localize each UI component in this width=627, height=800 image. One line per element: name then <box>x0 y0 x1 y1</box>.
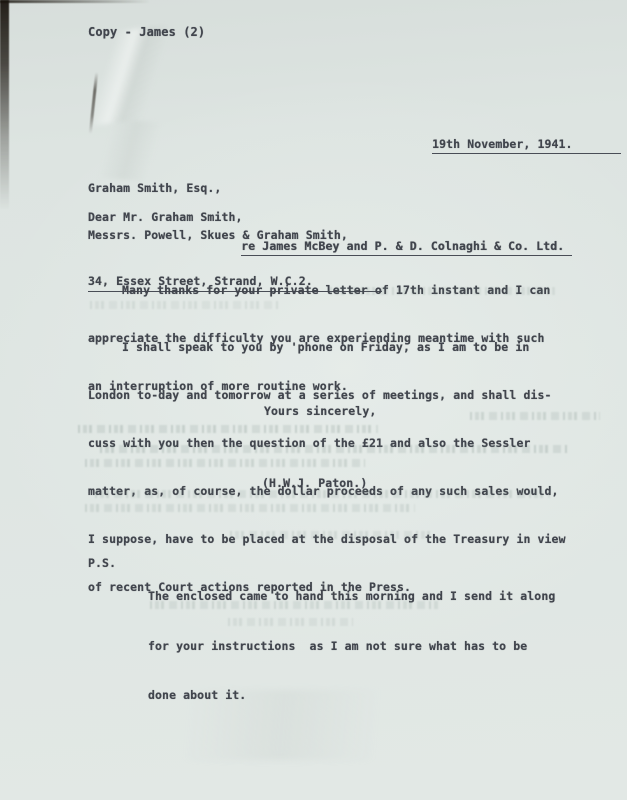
ps-line: for your instructions as I am not sure w… <box>148 638 555 655</box>
letter-page: Copy - James (2) 19th November, 1941. Gr… <box>0 0 627 800</box>
ps-text: The enclosed came to hand this morning a… <box>148 555 555 737</box>
closing: Yours sincerely, <box>264 403 376 419</box>
bleedthrough-text <box>330 287 555 295</box>
ps-label: P.S. <box>88 555 116 571</box>
date-text: 19th November, 1941. <box>432 136 620 154</box>
bleedthrough-text <box>100 445 570 453</box>
body-line: I shall speak to you by 'phone on Friday… <box>88 339 566 355</box>
bleedthrough-text <box>95 490 550 498</box>
bleedthrough-text <box>150 601 440 609</box>
signature: (H.W.J. Paton.) <box>262 475 367 491</box>
bleedthrough-text <box>228 618 353 626</box>
bleedthrough-text <box>78 425 378 433</box>
scan-edge-shadow <box>0 0 9 210</box>
scan-edge-shadow <box>0 0 150 3</box>
bleedthrough-text <box>470 412 600 420</box>
bleedthrough-text <box>230 531 430 539</box>
bleedthrough-text <box>90 301 280 309</box>
ps-line: done about it. <box>148 687 555 704</box>
bleedthrough-text <box>85 504 415 512</box>
recipient-name: Graham Smith, Esq., <box>88 181 382 197</box>
copy-label: Copy - James (2) <box>88 24 205 40</box>
bleedthrough-text <box>85 459 365 467</box>
date-line: 19th November, 1941. <box>404 120 621 170</box>
body-line: London to-day and tomorrow at a series o… <box>88 387 566 403</box>
